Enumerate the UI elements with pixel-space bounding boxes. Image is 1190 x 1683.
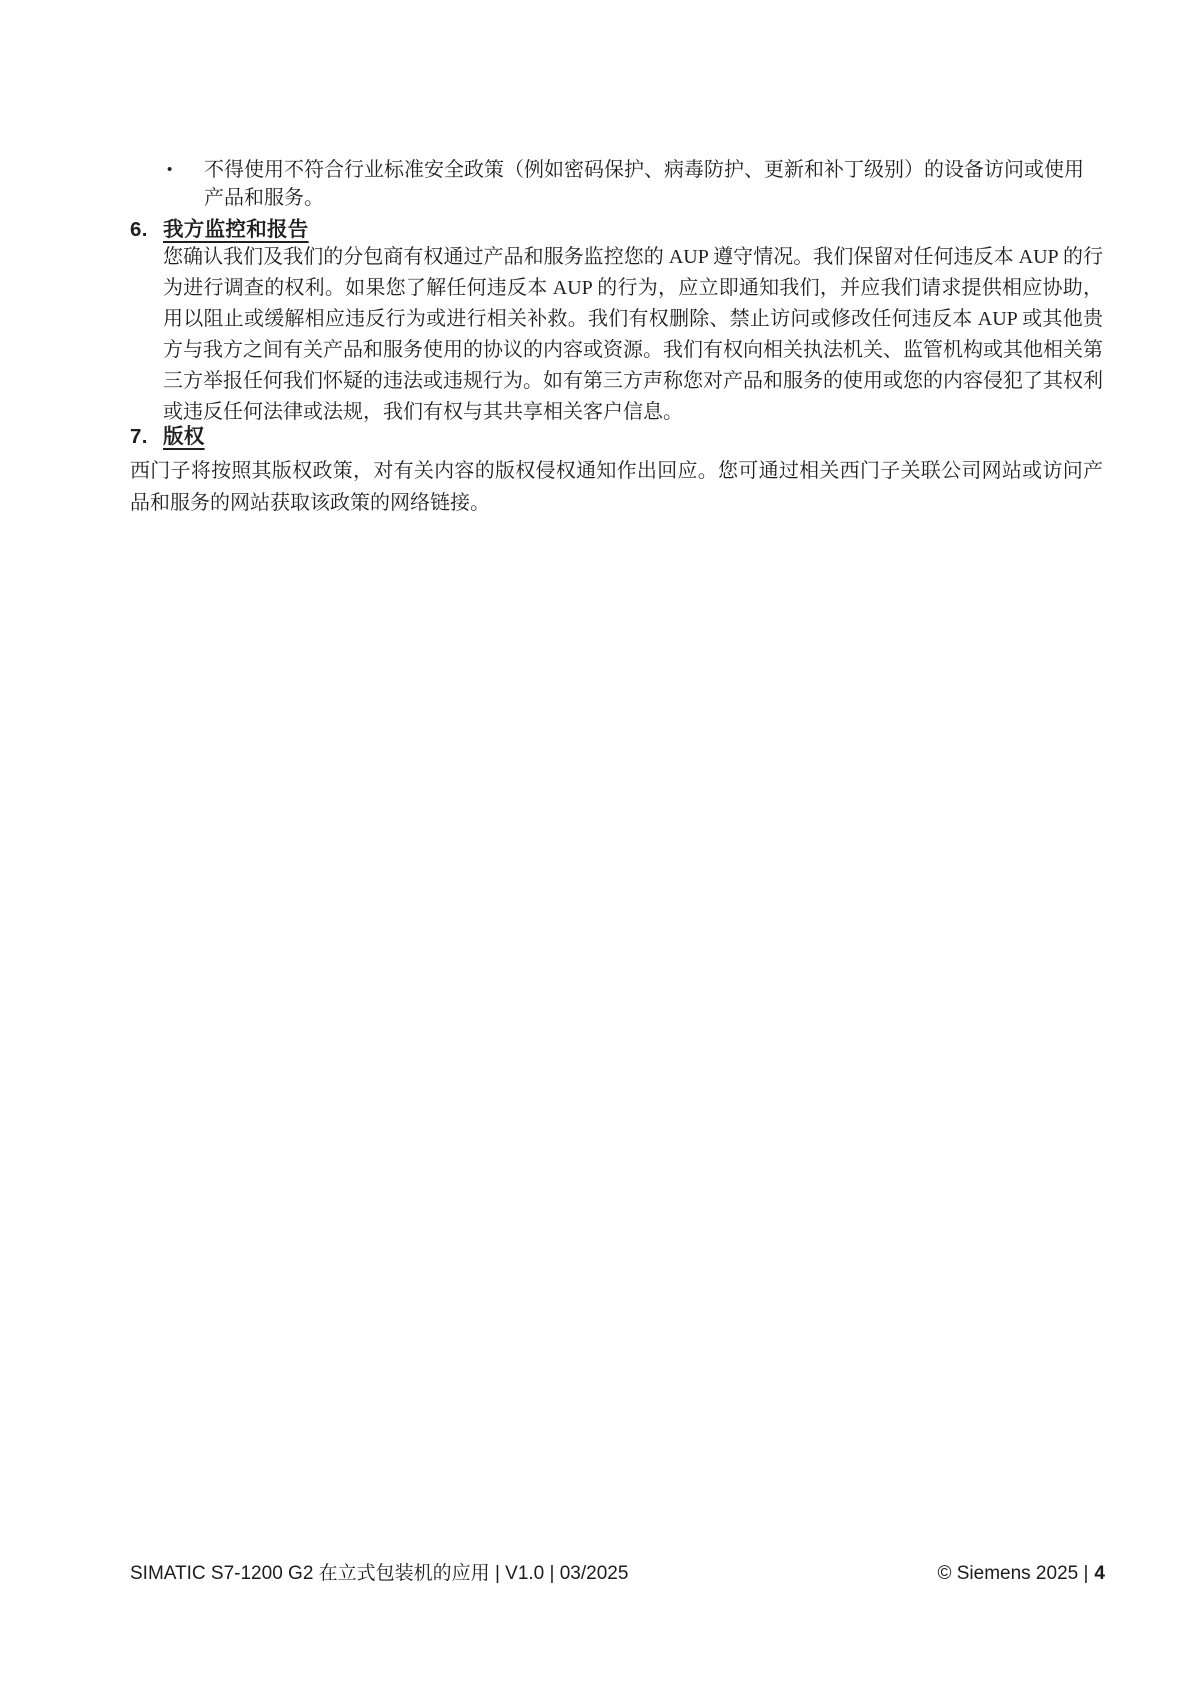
section-6-title: 我方监控和报告 bbox=[163, 218, 309, 241]
bullet-marker: • bbox=[167, 156, 204, 184]
section-7-body: 西门子将按照其版权政策，对有关内容的版权侵权通知作出回应。您可通过相关西门子关联… bbox=[130, 455, 1103, 519]
bullet-item: • 不得使用不符合行业标准安全政策（例如密码保护、病毒防护、更新和补丁级别）的设… bbox=[167, 156, 1103, 212]
section-6-heading: 6.我方监控和报告 bbox=[130, 212, 309, 242]
bullet-item-text: 不得使用不符合行业标准安全政策（例如密码保护、病毒防护、更新和补丁级别）的设备访… bbox=[204, 156, 1103, 212]
section-6-body: 您确认我们及我们的分包商有权通过产品和服务监控您的 AUP 遵守情况。我们保留对… bbox=[163, 242, 1103, 428]
footer-document-title: SIMATIC S7-1200 G2 在立式包装机的应用 | V1.0 | 03… bbox=[130, 1558, 628, 1585]
page-footer: SIMATIC S7-1200 G2 在立式包装机的应用 | V1.0 | 03… bbox=[130, 1558, 1105, 1585]
section-7-heading: 7.版权 bbox=[130, 419, 205, 449]
footer-copyright-block: © Siemens 2025 | 4 bbox=[937, 1563, 1105, 1585]
section-7-number: 7. bbox=[130, 425, 163, 449]
footer-copyright: © Siemens 2025 | bbox=[937, 1563, 1088, 1585]
footer-page-number: 4 bbox=[1094, 1563, 1105, 1585]
section-7-title: 版权 bbox=[163, 425, 205, 448]
document-page: • 不得使用不符合行业标准安全政策（例如密码保护、病毒防护、更新和补丁级别）的设… bbox=[0, 0, 1190, 1683]
section-6-number: 6. bbox=[130, 218, 163, 242]
